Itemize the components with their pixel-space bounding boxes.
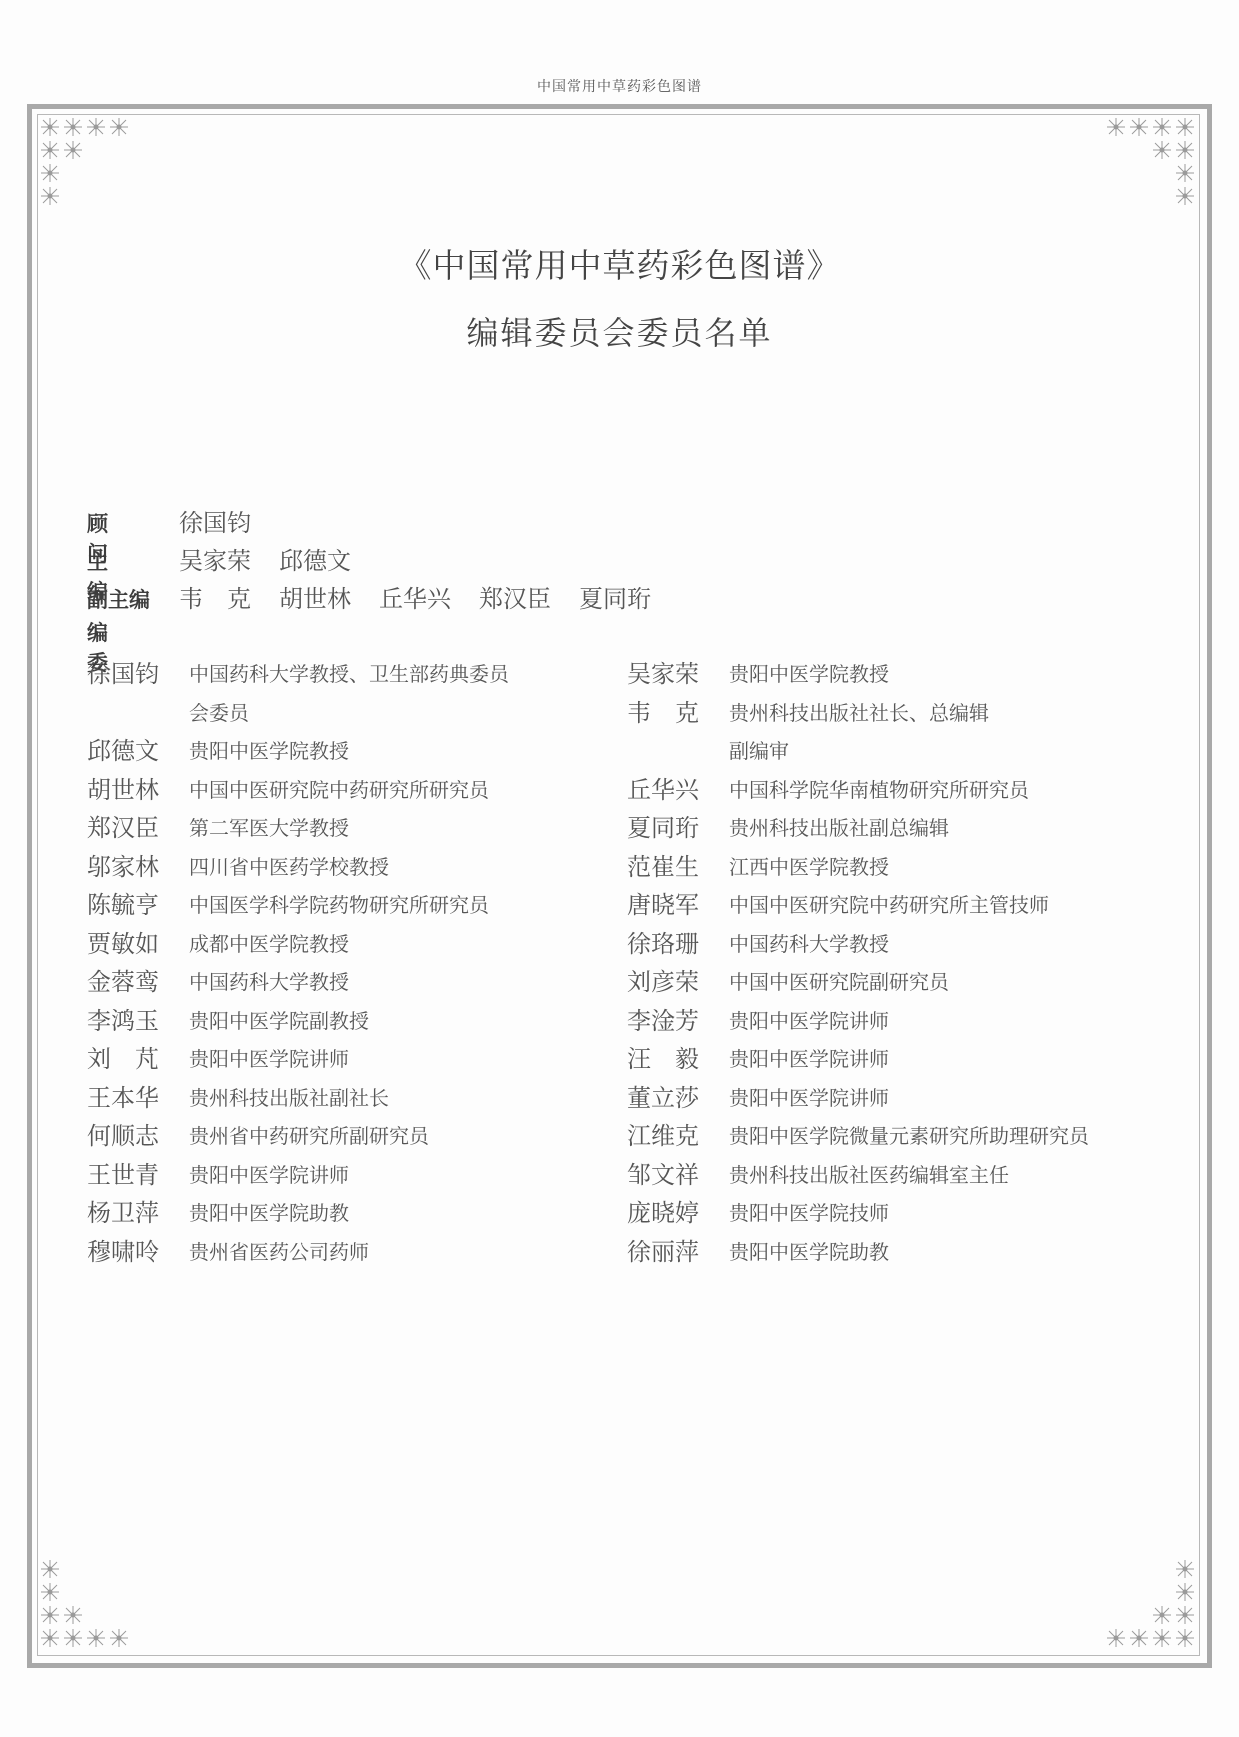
member-title: 贵阳中医学院教授 xyxy=(189,732,349,771)
member-name: 夏同珩 xyxy=(627,809,729,848)
snowflake-ornament-icon xyxy=(1101,1557,1197,1653)
page-subtitle: 编辑委员会委员名单 xyxy=(0,308,1239,354)
role-row-chief-editor: 主 编 吴家荣 邱德文 xyxy=(87,541,679,579)
member-title: 中国医学科学院药物研究所研究员 xyxy=(189,886,489,925)
role-person: 韦 克 xyxy=(179,579,251,614)
members-list-right: 吴家荣贵阳中医学院教授 韦克贵州科技出版社社长、总编辑 副编审 丘华兴中国科学院… xyxy=(627,655,1089,1271)
role-row-deputy-editor: 副主编 韦 克 胡世林 丘华兴 郑汉臣 夏同珩 xyxy=(87,579,679,617)
role-person: 吴家荣 xyxy=(179,541,251,576)
member-name: 江维克 xyxy=(627,1117,729,1156)
member-title: 中国药科大学教授 xyxy=(729,925,889,964)
corner-ornament-bottom-right xyxy=(1101,1557,1197,1653)
member-title: 贵州科技出版社副社长 xyxy=(189,1079,389,1118)
list-item: 郑汉臣第二军医大学教授 xyxy=(87,809,509,848)
list-item: 唐晓军中国中医研究院中药研究所主管技师 xyxy=(627,886,1089,925)
list-item: 胡世林中国中医研究院中药研究所研究员 xyxy=(87,771,509,810)
role-person: 丘华兴 xyxy=(379,579,451,614)
member-name: 徐丽萍 xyxy=(627,1233,729,1272)
member-title: 贵州省医药公司药师 xyxy=(189,1233,369,1272)
member-title: 贵阳中医学院讲师 xyxy=(189,1040,349,1079)
member-title: 江西中医学院教授 xyxy=(729,848,889,887)
list-item: 邱德文贵阳中医学院教授 xyxy=(87,732,509,771)
role-row-advisor: 顾 问 徐国钧 xyxy=(87,503,679,541)
member-name: 韦克 xyxy=(627,694,729,733)
member-name: 王本华 xyxy=(87,1079,189,1118)
member-title: 贵阳中医学院讲师 xyxy=(729,1002,889,1041)
member-title: 贵阳中医学院教授 xyxy=(729,655,889,694)
member-title: 第二军医大学教授 xyxy=(189,809,349,848)
list-item: 邹文祥贵州科技出版社医药编辑室主任 xyxy=(627,1156,1089,1195)
member-title: 贵阳中医学院讲师 xyxy=(189,1156,349,1195)
member-name: 徐珞珊 xyxy=(627,925,729,964)
list-item: 穆啸呤贵州省医药公司药师 xyxy=(87,1233,509,1272)
member-title: 中国中医研究院中药研究所研究员 xyxy=(189,771,489,810)
list-item: 邬家林四川省中医药学校教授 xyxy=(87,848,509,887)
running-head: 中国常用中草药彩色图谱 xyxy=(0,76,1239,96)
member-name: 陈毓亨 xyxy=(87,886,189,925)
roles-section: 顾 问 徐国钧 主 编 吴家荣 邱德文 副主编 韦 克 胡世林 丘华兴 郑汉臣 … xyxy=(87,503,679,655)
member-name: 丘华兴 xyxy=(627,771,729,810)
member-name: 唐晓军 xyxy=(627,886,729,925)
role-person: 胡世林 xyxy=(279,579,351,614)
member-title: 贵阳中医学院讲师 xyxy=(729,1079,889,1118)
corner-ornament-top-left xyxy=(38,115,134,211)
list-item: 王本华贵州科技出版社副社长 xyxy=(87,1079,509,1118)
member-title: 贵州科技出版社医药编辑室主任 xyxy=(729,1156,1009,1195)
role-person: 邱德文 xyxy=(279,541,351,576)
member-name: 胡世林 xyxy=(87,771,189,810)
member-name: 庞晓婷 xyxy=(627,1194,729,1233)
member-title: 中国药科大学教授、卫生部药典委员 会委员 xyxy=(189,655,509,732)
list-item: 韦克贵州科技出版社社长、总编辑 副编审 xyxy=(627,694,1089,771)
snowflake-ornament-icon xyxy=(1101,115,1197,211)
list-item: 徐国钧中国药科大学教授、卫生部药典委员 会委员 xyxy=(87,655,509,732)
corner-ornament-bottom-left xyxy=(38,1557,134,1653)
list-item: 刘芃贵阳中医学院讲师 xyxy=(87,1040,509,1079)
member-name: 穆啸呤 xyxy=(87,1233,189,1272)
member-name: 徐国钧 xyxy=(87,655,189,694)
list-item: 夏同珩贵州科技出版社副总编辑 xyxy=(627,809,1089,848)
member-title: 贵阳中医学院副教授 xyxy=(189,1002,369,1041)
member-title: 贵州科技出版社副总编辑 xyxy=(729,809,949,848)
member-name: 范崔生 xyxy=(627,848,729,887)
role-person: 夏同珩 xyxy=(579,579,651,614)
members-list-left: 徐国钧中国药科大学教授、卫生部药典委员 会委员 邱德文贵阳中医学院教授 胡世林中… xyxy=(87,655,509,1271)
member-name: 董立莎 xyxy=(627,1079,729,1118)
list-item: 王世青贵阳中医学院讲师 xyxy=(87,1156,509,1195)
corner-ornament-top-right xyxy=(1101,115,1197,211)
member-title: 贵阳中医学院讲师 xyxy=(729,1040,889,1079)
list-item: 江维克贵阳中医学院微量元素研究所助理研究员 xyxy=(627,1117,1089,1156)
page-title: 《中国常用中草药彩色图谱》 xyxy=(0,240,1239,287)
list-item: 徐丽萍贵阳中医学院助教 xyxy=(627,1233,1089,1272)
list-item: 丘华兴中国科学院华南植物研究所研究员 xyxy=(627,771,1089,810)
list-item: 何顺志贵州省中药研究所副研究员 xyxy=(87,1117,509,1156)
member-name: 杨卫萍 xyxy=(87,1194,189,1233)
list-item: 吴家荣贵阳中医学院教授 xyxy=(627,655,1089,694)
member-title: 贵阳中医学院微量元素研究所助理研究员 xyxy=(729,1117,1089,1156)
member-name: 郑汉臣 xyxy=(87,809,189,848)
snowflake-ornament-icon xyxy=(38,115,134,211)
member-title: 中国科学院华南植物研究所研究员 xyxy=(729,771,1029,810)
list-item: 庞晓婷贵阳中医学院技师 xyxy=(627,1194,1089,1233)
member-title: 中国中医研究院中药研究所主管技师 xyxy=(729,886,1049,925)
member-title: 中国药科大学教授 xyxy=(189,963,349,1002)
list-item: 金蓉鸾中国药科大学教授 xyxy=(87,963,509,1002)
member-name: 汪毅 xyxy=(627,1040,729,1079)
member-name: 王世青 xyxy=(87,1156,189,1195)
member-name: 吴家荣 xyxy=(627,655,729,694)
member-title: 贵阳中医学院技师 xyxy=(729,1194,889,1233)
snowflake-ornament-icon xyxy=(38,1557,134,1653)
member-name: 何顺志 xyxy=(87,1117,189,1156)
list-item: 李鸿玉贵阳中医学院副教授 xyxy=(87,1002,509,1041)
member-title: 贵阳中医学院助教 xyxy=(729,1233,889,1272)
list-item: 刘彦荣中国中医研究院副研究员 xyxy=(627,963,1089,1002)
role-person: 郑汉臣 xyxy=(479,579,551,614)
member-name: 邱德文 xyxy=(87,732,189,771)
list-item: 徐珞珊中国药科大学教授 xyxy=(627,925,1089,964)
member-title: 成都中医学院教授 xyxy=(189,925,349,964)
role-person: 徐国钧 xyxy=(179,503,251,538)
list-item: 范崔生江西中医学院教授 xyxy=(627,848,1089,887)
member-title: 贵州省中药研究所副研究员 xyxy=(189,1117,429,1156)
member-name: 李淦芳 xyxy=(627,1002,729,1041)
role-row-editorial-board: 编 委 xyxy=(87,617,679,655)
list-item: 杨卫萍贵阳中医学院助教 xyxy=(87,1194,509,1233)
list-item: 汪毅贵阳中医学院讲师 xyxy=(627,1040,1089,1079)
member-title: 中国中医研究院副研究员 xyxy=(729,963,949,1002)
list-item: 陈毓亨中国医学科学院药物研究所研究员 xyxy=(87,886,509,925)
role-label: 副主编 xyxy=(87,584,179,614)
member-name: 刘彦荣 xyxy=(627,963,729,1002)
member-title: 贵阳中医学院助教 xyxy=(189,1194,349,1233)
member-name: 李鸿玉 xyxy=(87,1002,189,1041)
member-title: 贵州科技出版社社长、总编辑 副编审 xyxy=(729,694,989,771)
member-name: 贾敏如 xyxy=(87,925,189,964)
member-name: 刘芃 xyxy=(87,1040,189,1079)
member-name: 金蓉鸾 xyxy=(87,963,189,1002)
member-title: 四川省中医药学校教授 xyxy=(189,848,389,887)
member-name: 邹文祥 xyxy=(627,1156,729,1195)
member-name: 邬家林 xyxy=(87,848,189,887)
list-item: 李淦芳贵阳中医学院讲师 xyxy=(627,1002,1089,1041)
list-item: 董立莎贵阳中医学院讲师 xyxy=(627,1079,1089,1118)
list-item: 贾敏如成都中医学院教授 xyxy=(87,925,509,964)
